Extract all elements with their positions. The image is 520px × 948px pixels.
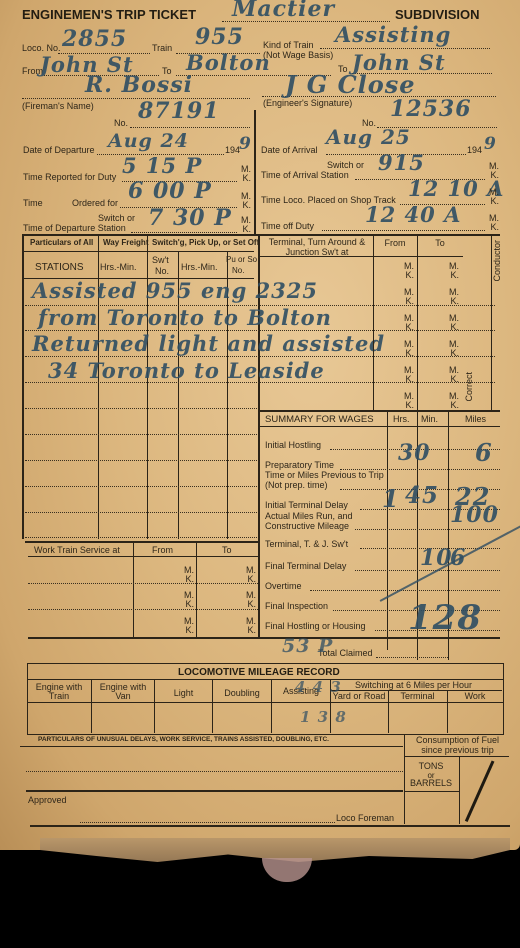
mk-marker: M.K. [400,314,414,332]
mk-marker: M.K. [445,314,459,332]
kind-value: Assisting [335,22,451,47]
row-line [25,486,257,487]
ordered-label: Ordered for [72,198,118,208]
mk-marker: M.K. [400,288,414,306]
row-line [25,356,495,357]
header-rule [258,256,463,257]
terminal-header: Terminal, Turn Around & Junction Sw't at [262,237,372,257]
way-freight-header: Way Freight [103,238,148,247]
mk-marker: M.K. [445,392,459,410]
mk-marker: M.K. [237,192,251,210]
col-divider [373,234,374,411]
mk-marker: M.K. [400,392,414,410]
col-divider [133,541,134,637]
summary-row-label: Final Terminal Delay [265,561,346,571]
col-pu-so: Pu or So [226,255,257,264]
summary-row-label: Terminal, T. & J. Sw't [265,539,348,549]
summary-top-rule [258,410,500,412]
assisting-note: 4 4 3 [295,678,342,696]
fuel-header: Consumption of Fuel since previous trip [406,735,509,755]
station-note: Assisted 955 eng 2325 [32,278,318,303]
arrival-switch-label: Switch or [327,160,364,170]
mk-marker: M.K. [485,214,499,232]
kind-line [320,48,490,49]
row-line [310,590,500,591]
row-line [25,537,257,538]
loco-value: 2855 [62,26,127,52]
subdivision-value: Mactier [232,0,335,22]
ticket-title: ENGINEMEN'S TRIP TICKET [22,7,196,22]
mk-marker: M.K. [180,617,194,635]
assisting-note: 1 3 8 [300,708,347,726]
table-top-rule [22,234,500,236]
col-swt: Sw't [152,255,169,265]
summary-col-min: Min. [421,414,438,424]
switching-header: Switching at 6 Miles per Hour [355,680,472,690]
summary-min-value: 10 [420,545,453,571]
summary-min-value: 30 [398,440,431,466]
total-claimed-value: 128 [408,598,482,638]
summary-miles-value: 6 [475,438,493,467]
arrival-year-value: 9 [484,134,497,154]
row-line [25,460,257,461]
loco-foreman-label: Loco Foreman [336,813,394,823]
mk-marker: M.K. [445,366,459,384]
mileage-col: Work [448,691,502,701]
summary-header-rule [258,426,500,427]
departure-date-value: Aug 24 [108,130,189,152]
switching-header: Switch'g, Pick Up, or Set Off [152,238,259,247]
particulars-line [26,771,403,772]
fireman-name-value: R. Bossi [85,72,193,98]
work-train-header: Work Train Service at [34,545,120,555]
row-line [25,512,257,513]
to-value: Bolton [186,50,271,75]
fireman-no-value: 87191 [138,98,220,124]
table-left-rule [22,234,24,539]
work-train-header-rule [28,556,258,557]
mileage-col: Doubling [214,688,270,698]
departure-time-value: 7 30 P [148,205,232,231]
col-hrs-min: Hrs.-Min. [100,262,137,272]
col-swt-no: No. [155,266,169,276]
fuel-header-rule [404,756,509,757]
terminal-col-from: From [375,238,415,248]
thumb [262,858,312,882]
train-value: 955 [195,24,244,50]
fireman-no-line [130,127,250,128]
ticket-bottom-rule [30,825,510,827]
arrival-time-value: 915 [378,150,425,175]
departure-year-prefix: 194 [225,145,240,155]
arrival-date-value: Aug 25 [326,125,411,149]
off-duty-value: 12 40 A [365,202,461,227]
mileage-header-rule [27,702,503,703]
summary-row-label: Initial Hostling [265,440,321,450]
summary-row-label: Time or Miles Previous to Trip (Not prep… [265,470,385,490]
col-pu-no: No. [232,266,244,275]
mk-marker: M.K. [242,617,256,635]
work-train-col-from: From [152,545,173,555]
arrival-date-label: Date of Arrival [261,145,318,155]
kind-label: Kind of Train [263,40,314,50]
header-rule [22,251,254,252]
mk-marker: M.K. [180,566,194,584]
subdivision-label: SUBDIVISION [395,7,480,22]
off-duty-label: Time off Duty [261,221,314,231]
summary-min-value: 45 [405,482,439,509]
engineer-no-value: 12536 [390,96,472,122]
work-train-bottom-rule [28,637,258,639]
train-label: Train [152,43,172,53]
reported-value: 5 15 P [122,153,202,178]
mk-marker: M.K. [237,165,251,183]
mk-marker: M.K. [445,288,459,306]
row-line [28,583,258,584]
mk-marker: M.K. [242,566,256,584]
col-divider [417,234,418,411]
fuel-rule [404,791,459,792]
approved-label: Approved [28,795,67,805]
station-note: from Toronto to Bolton [38,305,332,330]
summary-row-label: Overtime [265,581,302,591]
particulars-rule [20,746,403,747]
work-train-col-to: To [222,545,232,555]
departure-time-line [131,232,237,233]
off-duty-line [322,230,485,231]
fireman-no-label: No. [114,118,128,128]
summary-row-label: Preparatory Time [265,460,334,470]
summary-col-hrs: Hrs. [393,414,410,424]
col-divider [154,679,155,733]
mk-marker: M.K. [180,591,194,609]
col-divider [271,679,272,733]
departure-date-label: Date of Departure [23,145,95,155]
mileage-col: Engine with Train [29,683,89,701]
mk-marker: M.K. [400,366,414,384]
fuel-col-divider [459,757,460,824]
mk-marker: M.K. [400,340,414,358]
mk-marker: M.K. [400,262,414,280]
summary-col-miles: Miles [465,414,486,424]
engineer-signature-label: (Engineer's Signature) [263,98,352,108]
correct-side-label: Correct [464,372,474,402]
col-divider [91,679,92,733]
station-note: 34 Toronto to Leaside [48,358,325,383]
ordered-label-time: Time [23,198,43,208]
station-note: Returned light and assisted [32,331,385,356]
header-divider [254,110,256,236]
particulars-header: PARTICULARS OF UNUSUAL DELAYS, WORK SERV… [38,736,329,743]
mileage-record-title: LOCOMOTIVE MILEAGE RECORD [178,667,340,678]
fireman-name-label: (Fireman's Name) [22,101,94,111]
mileage-col: Light [156,688,211,698]
fuel-barrels: BARRELS [406,778,456,788]
mk-marker: M.K. [485,188,499,206]
arrival-time-label: Time of Arrival Station [261,170,349,180]
total-line [376,657,448,658]
col-divider [196,541,197,637]
trip-ticket-paper: ENGINEMEN'S TRIP TICKET Mactier SUBDIVIS… [0,0,520,850]
row-line [355,529,500,530]
mk-marker: M.K. [445,340,459,358]
reported-label: Time Reported for Duty [23,172,116,182]
fuel-divider [404,734,405,824]
terminal-col-to: To [420,238,460,248]
mk-marker: M.K. [237,216,251,234]
work-train-top-rule [25,541,258,543]
ordered-value: 6 00 P [128,178,212,204]
summary-miles-value: 100 [450,502,499,528]
departure-year-value: 9 [239,134,252,154]
total-side-note: 53 P [282,635,333,657]
col-hrs-min-2: Hrs.-Min. [181,262,218,272]
summary-hrs-value: 1 [382,484,400,513]
particulars-bottom-rule [26,790,403,792]
approved-line [80,822,335,823]
conductor-side-label: Conductor [492,240,502,282]
col-divider [212,679,213,733]
summary-row-label: Final Hostling or Housing [265,621,366,631]
col-stations: STATIONS [35,262,84,273]
particulars-header: Particulars of All [30,238,93,247]
row-line [25,408,257,409]
mk-marker: M.K. [242,591,256,609]
summary-row-label: Final Inspection [265,601,328,611]
summary-col-divider [387,410,388,650]
fuel-slash-mark [465,760,494,821]
engineer-signature-value: J G Close [285,70,416,99]
summary-row-label: Actual Miles Run, and Constructive Milea… [265,511,385,531]
kind-sublabel: (Not Wage Basis) [263,50,333,60]
arrival-year-prefix: 194 [467,145,482,155]
row-line [25,434,257,435]
mileage-col: Terminal [389,691,446,701]
departure-time-label: Time of Departure Station [23,223,126,233]
mk-marker: M.K. [445,262,459,280]
row-line [28,609,258,610]
departure-switch-label: Switch or [98,213,135,223]
mileage-col: Engine with Van [93,683,153,701]
fuel-tons: TONS [406,761,456,771]
summary-title: SUMMARY FOR WAGES [265,414,374,425]
summary-row-label: Initial Terminal Delay [265,500,348,510]
